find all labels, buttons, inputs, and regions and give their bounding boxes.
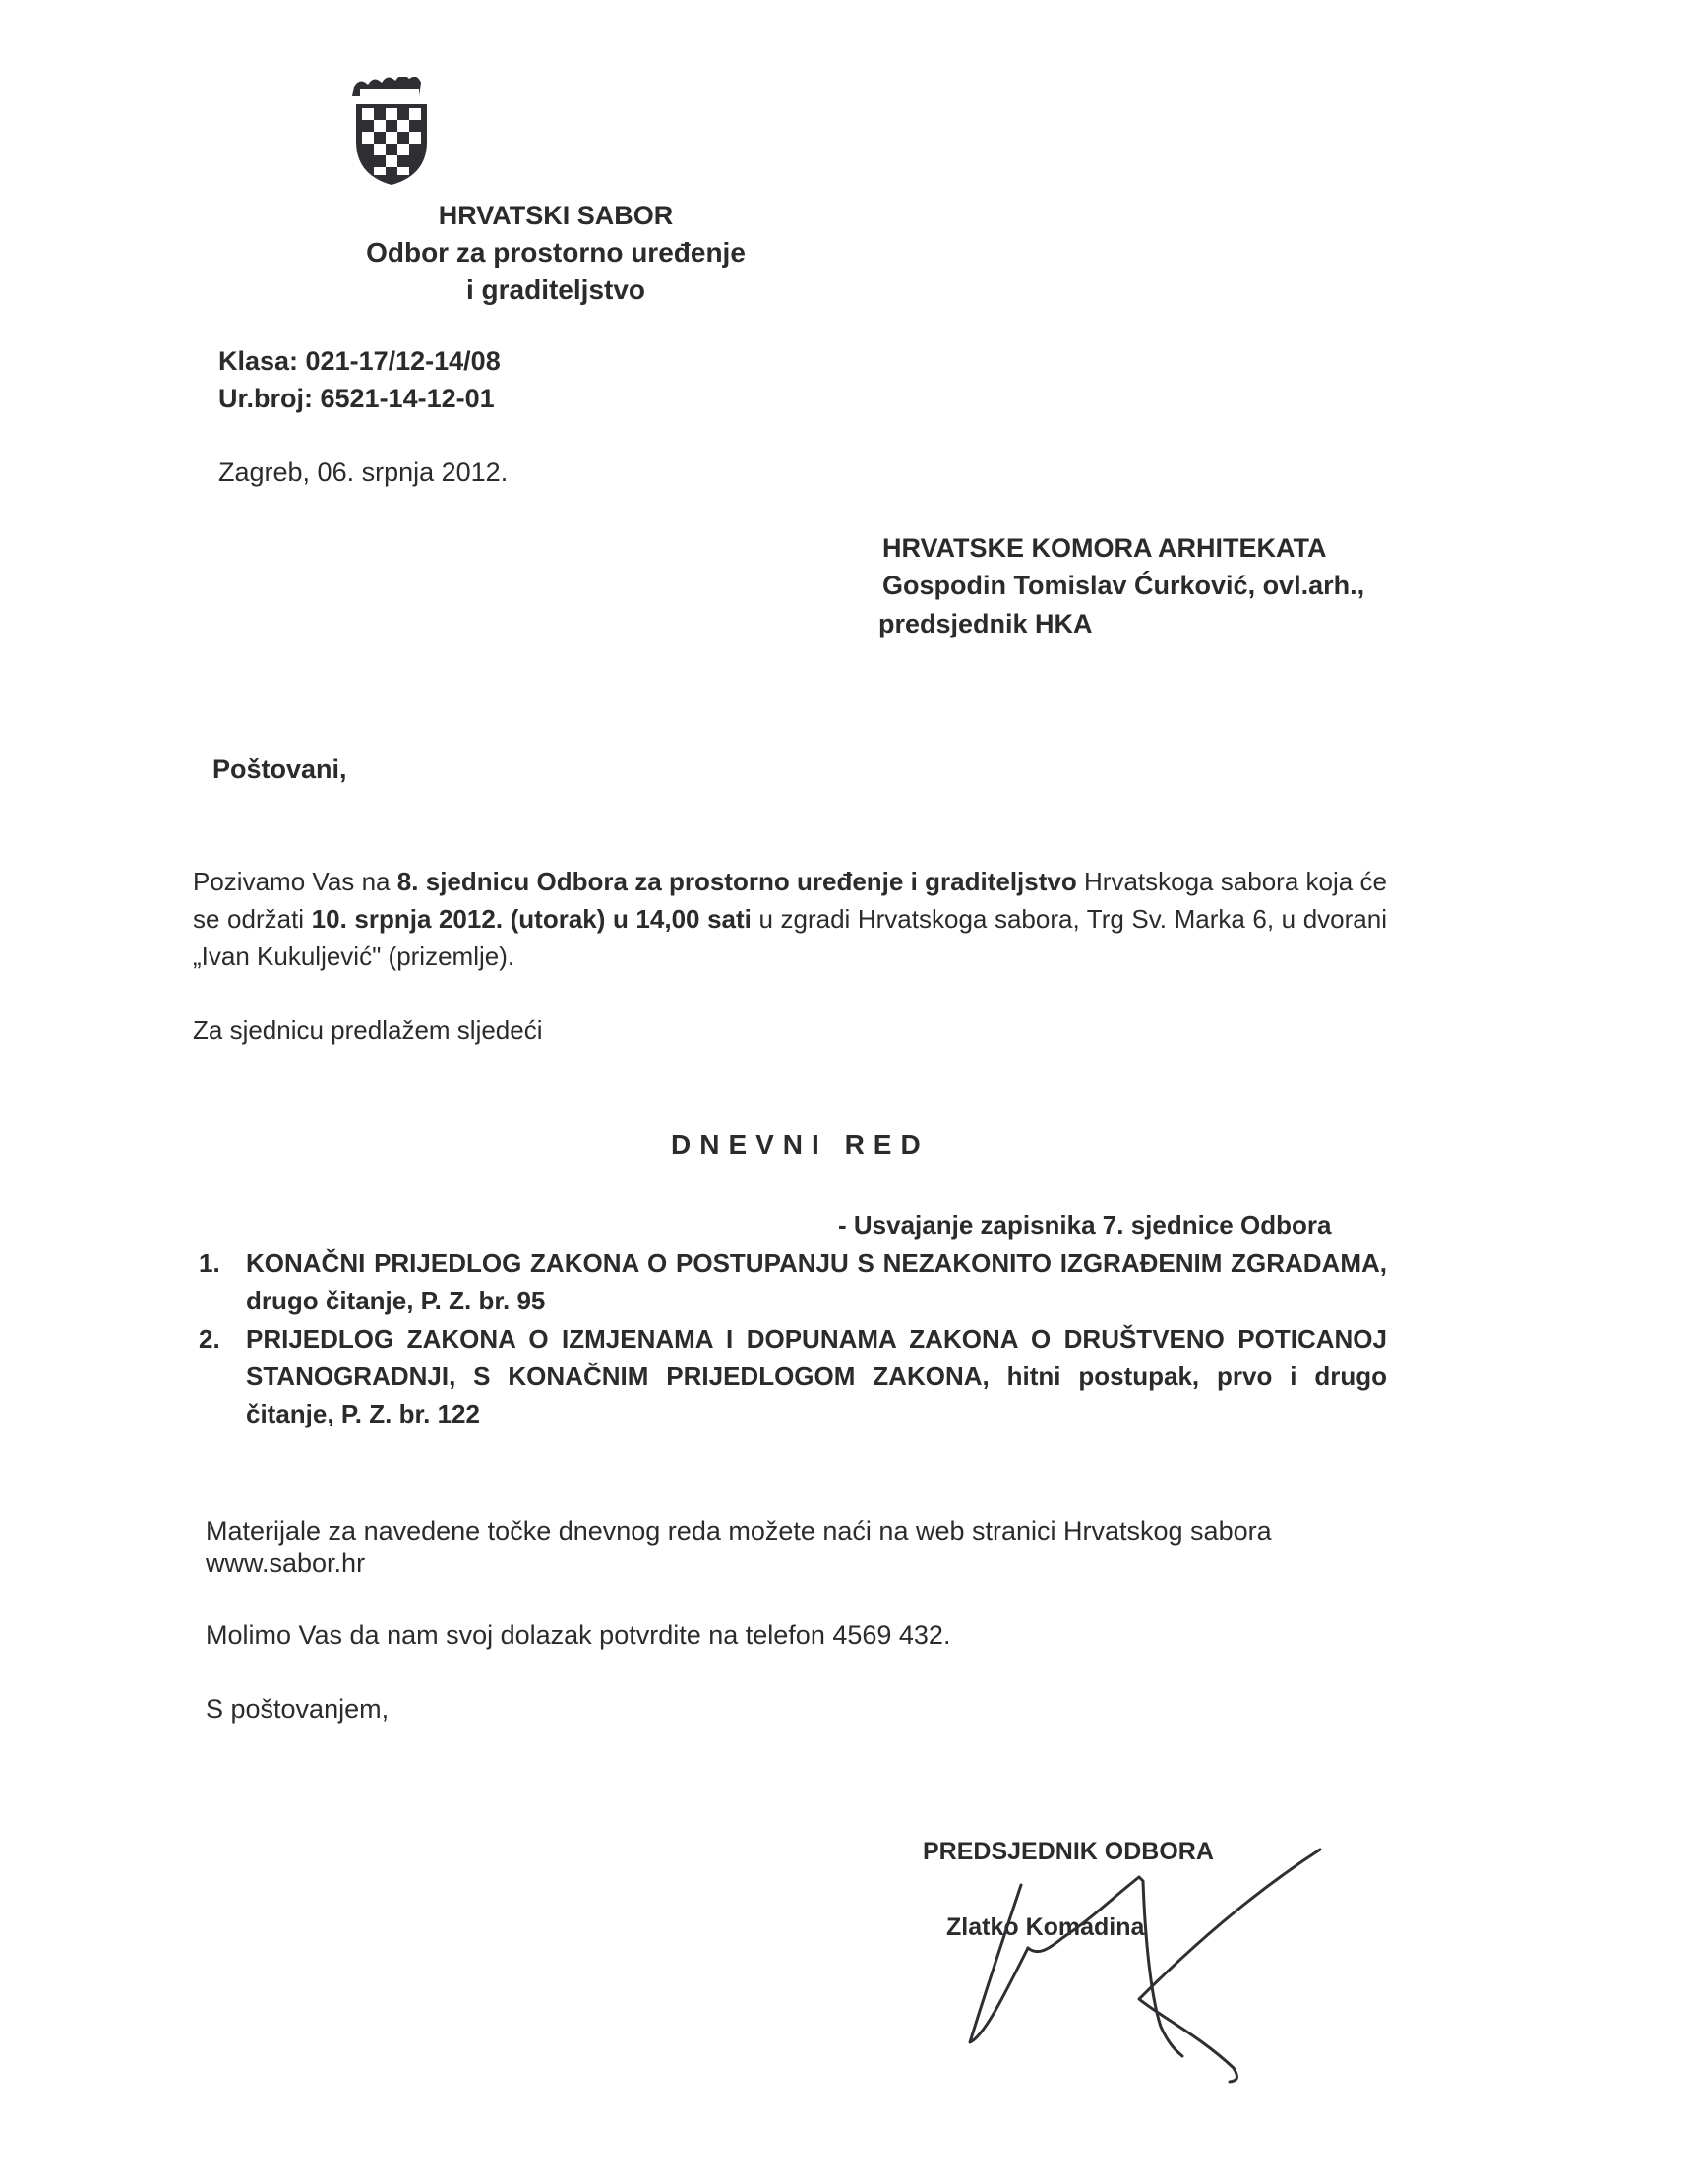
croatian-coat-of-arms-icon (346, 77, 437, 187)
recipient-name: Gospodin Tomislav Ćurković, ovl.arh., (882, 571, 1364, 601)
closing: S poštovanjem, (206, 1694, 389, 1725)
confirmation-text: Molimo Vas da nam svoj dolazak potvrdite… (206, 1620, 950, 1651)
agenda-item: 2. PRIJEDLOG ZAKONA O IZMJENAMA I DOPUNA… (246, 1320, 1387, 1432)
agenda-item-number: 2. (199, 1320, 220, 1358)
agenda-item: 1. KONAČNI PRIJEDLOG ZAKONA O POSTUPANJU… (246, 1244, 1387, 1319)
institution-name: HRVATSKI SABOR (280, 197, 831, 234)
urbroj: Ur.broj: 6521-14-12-01 (218, 384, 495, 414)
agenda-title: DNEVNI RED (671, 1129, 930, 1161)
invitation-paragraph: Pozivamo Vas na 8. sjednicu Odbora za pr… (193, 863, 1387, 975)
invitation-text: Pozivamo Vas na (193, 867, 397, 896)
recipient-title: predsjednik HKA (878, 609, 1093, 639)
proposal-intro: Za sjednicu predlažem sljedeći (193, 1015, 543, 1046)
place-date: Zagreb, 06. srpnja 2012. (218, 457, 508, 488)
handwritten-signature-icon (866, 1810, 1377, 2105)
materials-url-link[interactable]: www.sabor.hr (206, 1548, 365, 1579)
materials-paragraph: Materijale za navedene točke dnevnog red… (206, 1512, 1387, 1549)
agenda-preliminary-item: - Usvajanje zapisnika 7. sjednice Odbora (838, 1206, 1331, 1244)
recipient-organization: HRVATSKE KOMORA ARHITEKATA (882, 533, 1327, 564)
klasa: Klasa: 021-17/12-14/08 (218, 346, 501, 377)
salutation: Poštovani, (212, 755, 347, 785)
committee-name-line1: Odbor za prostorno uređenje (280, 234, 831, 272)
agenda-item-number: 1. (199, 1244, 220, 1282)
session-name: 8. sjednicu Odbora za prostorno uređenje… (397, 867, 1077, 896)
materials-text: Materijale za navedene točke dnevnog red… (206, 1516, 1272, 1546)
session-datetime: 10. srpnja 2012. (utorak) u 14,00 sati (312, 904, 752, 934)
committee-name-line2: i graditeljstvo (280, 272, 831, 309)
agenda-item-text: PRIJEDLOG ZAKONA O IZMJENAMA I DOPUNAMA … (246, 1324, 1387, 1428)
agenda-item-text: KONAČNI PRIJEDLOG ZAKONA O POSTUPANJU S … (246, 1248, 1387, 1315)
